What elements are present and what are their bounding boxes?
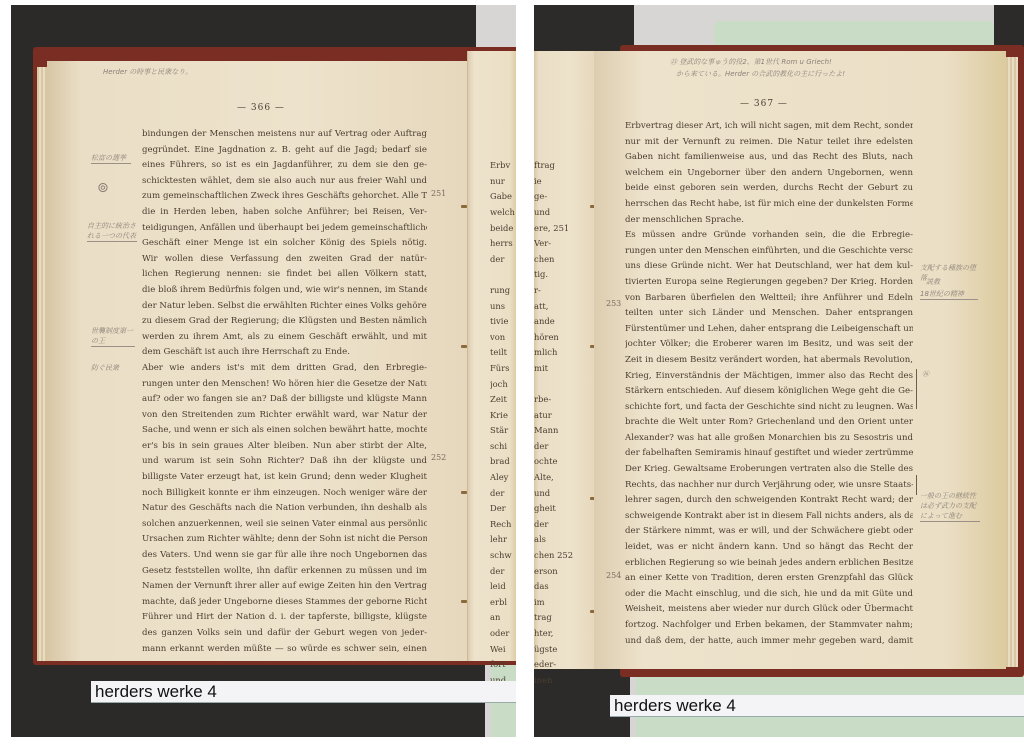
text-line: zum gemeinschaftlichen Zweck ihres Gesch…	[142, 189, 427, 205]
margin-note: 説教	[926, 277, 940, 287]
text-line: Fürstentümer und Lehen, daher entsprang …	[625, 322, 913, 338]
text-line: der Natur leben. Selbst die erwählten Ri…	[142, 299, 427, 315]
text-line: die bloß ihrem Bedürfnis folgen und, wie…	[142, 283, 427, 299]
book-page-367: ⑬ 登武的な事ゅう的役2、第1世代 Rom u Griech! から来ている。H…	[594, 51, 1006, 669]
line-number: 254	[606, 571, 621, 580]
circled-annotation-icon: ⊚	[97, 183, 109, 193]
book-page-366: Herder の時事と民衆なり。 — 366 — 松富の選挙 ⊚ 自主的に統治さ…	[47, 61, 467, 661]
text-line: Sache, und wenn er sich als einen solche…	[142, 423, 427, 439]
text-line: Gesetz feststellen wollte, ihn dafür erk…	[142, 564, 427, 580]
text-line: Ursachen zum Richter wählte; denn der So…	[142, 532, 427, 548]
book-label: herders werke 4	[91, 681, 516, 703]
margin-note: 松富の選挙	[91, 153, 131, 164]
text-line: Führer und Hirt der Nation d. i. der tap…	[142, 610, 427, 626]
handwritten-top-note: から来ている。Herder の合武的教化の主に行ったよ!	[676, 69, 845, 79]
text-line: bindungen der Menschen meistens nur auf …	[142, 127, 427, 143]
margin-note: 一般の王の継続性は必ず武力の支配によって進む	[920, 491, 980, 522]
margin-note: 18世紀の精神	[920, 289, 978, 300]
text-line: oder die Macht einschlug, und die sich, …	[625, 587, 913, 603]
page-stack-edge	[1006, 57, 1018, 667]
text-line: welchem ein Ungeborner über den andern U…	[625, 166, 913, 182]
binding-stitch	[461, 345, 467, 348]
text-line: Der Krieg. Gewaltsame Eroberungen vertra…	[625, 462, 913, 478]
text-line: der fabelhaften Semiramis hinauf gestift…	[625, 446, 913, 462]
text-line: eines Führers, so ist es ein Jagdanführe…	[142, 158, 427, 174]
binding-stitch	[461, 491, 467, 494]
text-line: von Barbaren überfielen den Weltteil; ih…	[625, 291, 913, 307]
text-line: Aber wie anders ist's mit dem dritten Gr…	[142, 361, 427, 377]
text-line: tivierten Europa seine Regierungen gegeb…	[625, 275, 913, 291]
page-number: — 366 —	[237, 103, 285, 113]
text-line: rungen unter den Menschen! Wo hören hier…	[142, 377, 427, 393]
text-line: Erbvertrag dieser Art, ich will nicht sa…	[625, 119, 913, 135]
text-line: Rechts, das nachher nur durch Verjährung…	[625, 478, 913, 494]
photo-panel-left: Herder の時事と民衆なり。 — 366 — 松富の選挙 ⊚ 自主的に統治さ…	[11, 5, 516, 737]
text-line: Zeit in diesem Besitz verändert worden, …	[625, 353, 913, 369]
text-line: zu diesem Grad der Regierung; die Klügst…	[142, 314, 427, 330]
binding-stitch	[461, 600, 467, 603]
handwritten-top-note: Herder の時事と民衆なり。	[103, 67, 192, 77]
text-line: Es müssen andre Gründe vorhanden sein, d…	[625, 228, 913, 244]
text-line: Geschäft einer Menge ist ein solcher Kön…	[142, 236, 427, 252]
text-line: herrschen das Recht habe, ist für mich e…	[625, 197, 913, 213]
text-line: der Stärkere nimmt, was er will, und der…	[625, 524, 913, 540]
margin-bracket	[916, 475, 917, 495]
text-line: er's bis in sein graues Alter bleiben. N…	[142, 439, 427, 455]
text-line: Namen der Vernunft ihrer aller auf ewige…	[142, 579, 427, 595]
text-line: lehrer sagen, durch den schweigenden Kon…	[625, 493, 913, 509]
text-line: jochter Völker; die Eroberer waren im Be…	[625, 337, 913, 353]
text-line: rungen unter den Menschen einführten, un…	[625, 244, 913, 260]
text-line: beide einst geboren sein werden, durchs …	[625, 181, 913, 197]
margin-note: 世襲制度第一の王	[91, 326, 135, 347]
text-line: Krieg, Einverständnis der Mächtigen, imm…	[625, 369, 913, 385]
binding-stitch	[461, 205, 467, 208]
text-line: an einer Kette von Tradition, deren erst…	[625, 571, 913, 587]
text-line: der menschlichen Sprache.	[625, 213, 913, 229]
text-line: und daß dem, der hatte, auch immer mehr …	[625, 634, 913, 650]
text-line: fortzog. Nachfolger und Erben bekamen, d…	[625, 618, 913, 634]
facing-page-text: ErbvnurGabewelchbeideherrsder rungunstiv…	[490, 127, 516, 720]
text-line: nur mit der Vernunft zu reimen. Die Natu…	[625, 135, 913, 151]
background-gray-card	[476, 5, 516, 47]
text-line: Natur des Geschäfts nach die Nation verb…	[142, 501, 427, 517]
text-line: des ganzen Volks sein und dafür der Gebu…	[142, 626, 427, 642]
facing-page-367-partial: ErbvnurGabewelchbeideherrsder rungunstiv…	[467, 51, 516, 661]
text-line: mann erkannt werden müßte — so würde es …	[142, 642, 427, 658]
margin-note: ⑯	[922, 369, 929, 379]
margin-note: 自主的に統治される一つの代表	[87, 221, 137, 242]
text-line: brachte die Welt unter Rom? Griechenland…	[625, 415, 913, 431]
text-line: schicktesten wählet, dem sie also auch n…	[142, 174, 427, 190]
text-line: Gaben nicht familienweise aus, und das R…	[625, 150, 913, 166]
text-line: Wir wollen diese Verfassung den zweiten …	[142, 252, 427, 268]
text-line: dem Geschäft ist auch ihre Herrschaft zu…	[142, 345, 427, 361]
text-line: gegründet. Eine Jagdnation z. B. geht au…	[142, 143, 427, 159]
body-text: bindungen der Menschen meistens nur auf …	[142, 127, 427, 657]
text-line: von den Streitenden zum Richter erwählt …	[142, 408, 427, 424]
text-line: lichen Regierung nennen: sie findet bei …	[142, 267, 427, 283]
text-line: schweigende Kontrakt aber ist in diesem …	[625, 509, 913, 525]
text-line: werden zu ihrem Amt, als zu einem Geschä…	[142, 330, 427, 346]
margin-note: 防ぐ民衆	[91, 363, 131, 373]
page-stack-edge	[37, 67, 47, 661]
line-number: 253	[606, 299, 621, 308]
text-line: teilten unter sich Länder und Menschen. …	[625, 306, 913, 322]
text-line: billigste Vater erzeugt hat, ist kein Gr…	[142, 470, 427, 486]
text-line: Alexander? was hat alle großen Monarchie…	[625, 431, 913, 447]
text-line: teidigungen, Anfällen und überhaupt bei …	[142, 221, 427, 237]
margin-bracket	[916, 369, 917, 409]
text-line: schichte fort, und facta der Geschichte …	[625, 400, 913, 416]
body-text: Erbvertrag dieser Art, ich will nicht sa…	[625, 119, 913, 649]
page-number: — 367 —	[740, 99, 788, 109]
book-label: herders werke 4	[610, 695, 1024, 717]
text-line: des Vaters. Und wenn sie gar für alle ih…	[142, 548, 427, 564]
text-line: und warum ist sein Sohn Richter? Daß ihn…	[142, 454, 427, 470]
line-number: 252	[431, 453, 446, 462]
facing-page-text: ftragiege-undere, 251Ver-chentig.r-att,a…	[534, 127, 574, 720]
text-line: uns diese Gründe nicht. Wer hat Deutschl…	[625, 259, 913, 275]
facing-page-366-partial: ftragiege-undere, 251Ver-chentig.r-att,a…	[534, 51, 595, 669]
text-line: solchen anzuerkennen, weil sie seinen Va…	[142, 517, 427, 533]
text-line: erblichen Regierung so wie beinah jedes …	[625, 556, 913, 572]
text-line: machte, daß jeder Ungeborne dieses Stamm…	[142, 595, 427, 611]
text-line: Weisheit, meistens aber wieder nur durch…	[625, 602, 913, 618]
text-line: die in Herden leben, haben solche Anführ…	[142, 205, 427, 221]
text-line: auf? oder wo fangen sie an? Daß der bill…	[142, 392, 427, 408]
text-line: noch Billigkeit konnte er ihm einzeugen.…	[142, 486, 427, 502]
photo-panel-right: ftragiege-undere, 251Ver-chentig.r-att,a…	[534, 5, 1024, 737]
text-line: leidet, was er nicht ändern kann. Und so…	[625, 540, 913, 556]
handwritten-top-note: ⑬ 登武的な事ゅう的役2、第1世代 Rom u Griech!	[670, 57, 832, 67]
text-line: Stärkern entschieden. Auf diesem königli…	[625, 384, 913, 400]
line-number: 251	[431, 189, 446, 198]
